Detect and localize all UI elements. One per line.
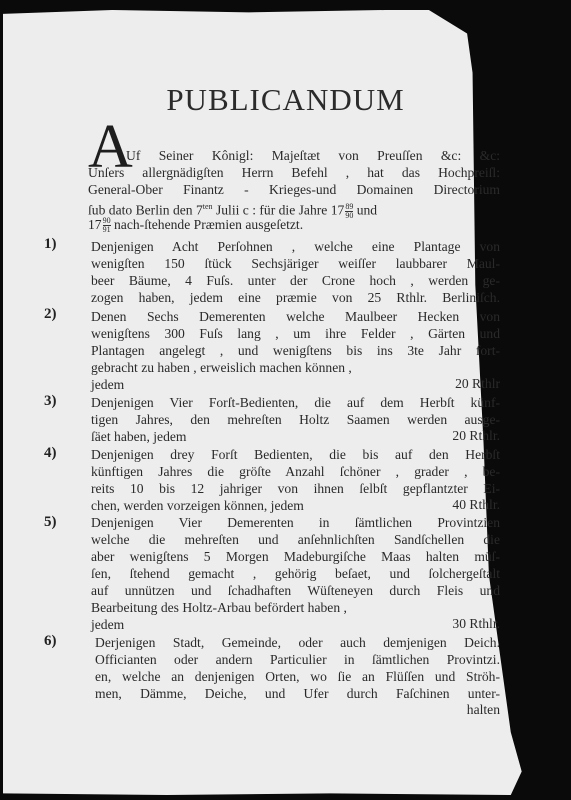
item-4-amount: 40 Rthlr.	[452, 497, 500, 513]
document-title: PUBLICANDUM	[0, 82, 571, 118]
item-2-line: gebracht zu haben , erweislich machen kö…	[91, 359, 352, 377]
item-6-line-last: halten	[467, 702, 500, 718]
item-5-line: welche die mehreſten und anſehnlichſten …	[91, 531, 500, 549]
item-1-line: Denjenigen Acht Perſohnen , welche eine …	[91, 238, 500, 256]
item-2-amount: 20 Rthlr	[455, 376, 500, 392]
item-4-line: chen, werden vorzeigen können, jedem	[91, 497, 304, 515]
year-fraction-2: 9091	[103, 217, 111, 234]
item-1-line: beer Bäume, 4 Fuſs. unter der Crone hoch…	[91, 272, 500, 290]
item-4-line: Denjenigen drey Forſt Bedienten, die bis…	[91, 446, 500, 464]
item-4-number: 4)	[44, 445, 57, 462]
item-4-line: reits 10 bis 12 jahriger von ihnen ſelbſ…	[91, 480, 500, 498]
item-3-line: tigen Jahres, den mehreſten Holtz Saamen…	[91, 411, 500, 429]
item-5-line: jedem	[91, 616, 124, 634]
item-5-line: auf unnützen und ſchadhaften Wüſteneyen …	[91, 582, 500, 600]
item-3-line: Denjenigen Vier Forſt-Bedienten, die auf…	[91, 394, 500, 412]
item-2-number: 2)	[44, 306, 57, 323]
item-1-line: wenigſten 150 ſtück Sechsjäriger weiſſer…	[91, 255, 500, 273]
intro-line-2: Unſers allergnädigſten Herrn Befehl , ha…	[88, 164, 500, 182]
intro-line-1: Uf Seiner Kônigl: Majeſtæt von Preuſſen …	[126, 147, 500, 165]
intro-line-3: General-Ober Finantz - Krieges-und Domai…	[88, 181, 500, 199]
item-1-line: zogen haben, jedem eine præmie von 25 Rt…	[91, 289, 500, 307]
intro-line-5: 179091 nach-ſtehende Præmien ausgeſetzt.	[88, 216, 500, 234]
item-5-line: ſen, ſtehend gemacht , gehörig beſaet, u…	[91, 565, 500, 583]
item-2-line: Plantagen angelegt , und wenigſtens bis …	[91, 342, 500, 360]
item-6-number: 6)	[44, 633, 57, 650]
item-6-line: men, Dämme, Deiche, und Ufer durch Faſch…	[95, 685, 500, 703]
item-6-line: Derjenigen Stadt, Gemeinde, oder auch de…	[95, 634, 500, 652]
item-2-line: wenigſtens 300 Fuſs lang , um ihre Felde…	[91, 325, 500, 343]
document-content: PUBLICANDUM A Uf Seiner Kônigl: Majeſtæt…	[0, 0, 571, 800]
item-2-line: jedem	[91, 376, 124, 394]
item-5-line: aber wenigſtens 5 Morgen Madeburgiſche M…	[91, 548, 500, 566]
item-3-line: ſäet haben, jedem	[91, 428, 187, 446]
item-2-line: Denen Sechs Demerenten welche Maulbeer H…	[91, 308, 500, 326]
item-5-amount: 30 Rthlr.	[452, 616, 500, 632]
item-5-number: 5)	[44, 514, 57, 531]
item-6-line: en, welche an denjenigen Orten, wo ſie a…	[95, 668, 500, 686]
item-5-line: Denjenigen Vier Demerenten in ſämtlichen…	[91, 514, 500, 532]
item-3-amount: 20 Rthlr.	[452, 428, 500, 444]
item-6-line: Officianten oder andern Particulier in ſ…	[95, 651, 500, 669]
item-4-line: künftigen Jahres die gröſte Anzahl ſchön…	[91, 463, 500, 481]
item-1-number: 1)	[44, 236, 57, 253]
item-5-line: Bearbeitung des Holtz-Arbau befördert ha…	[91, 599, 347, 617]
item-3-number: 3)	[44, 393, 57, 410]
